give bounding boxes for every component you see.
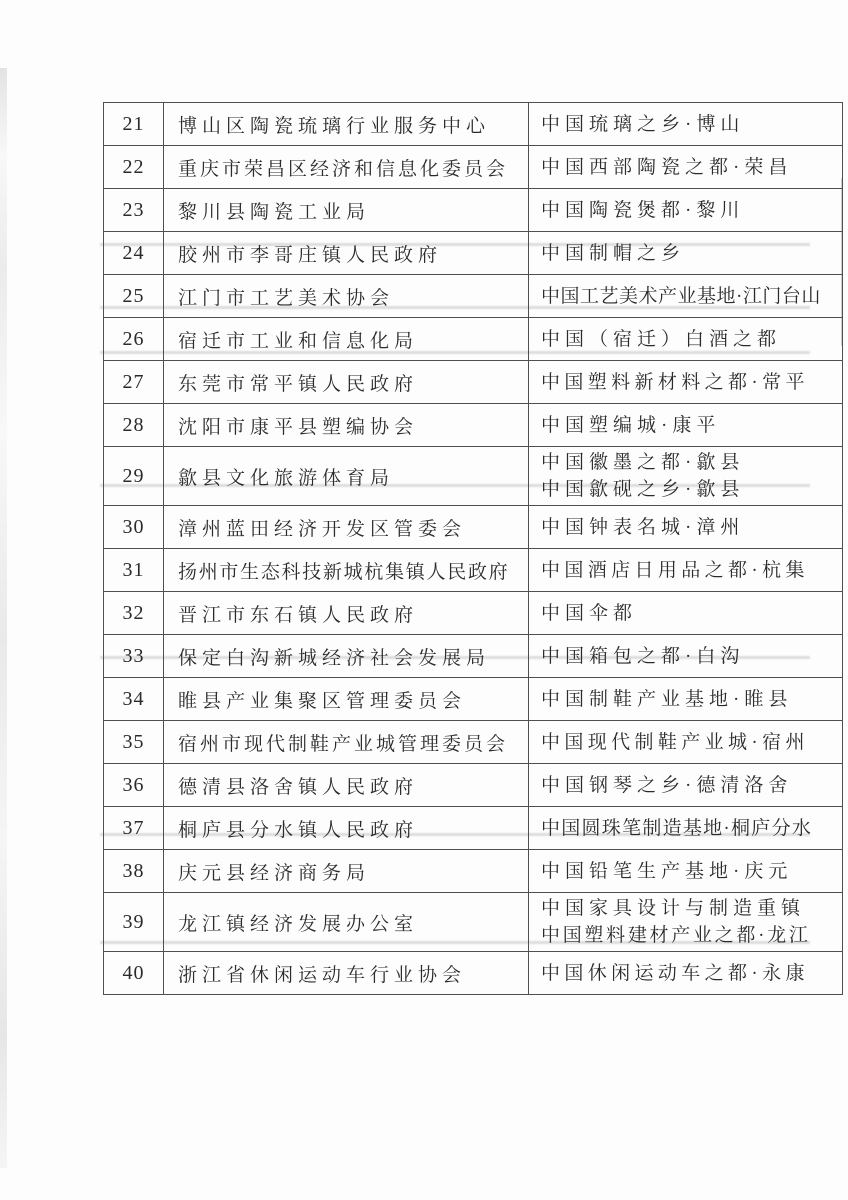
organization-name: 漳州蓝田经济开发区管委会 <box>164 506 529 549</box>
designation-cell: 中国陶瓷煲都·黎川 <box>529 189 843 232</box>
table-row: 25江门市工艺美术协会中国工艺美术产业基地·江门台山 <box>104 275 843 318</box>
row-number: 39 <box>104 893 164 952</box>
row-number: 36 <box>104 764 164 807</box>
designation-cell: 中国钢琴之乡·德清洛舍 <box>529 764 843 807</box>
table-row: 31扬州市生态科技新城杭集镇人民政府中国酒店日用品之都·杭集 <box>104 549 843 592</box>
row-number: 38 <box>104 850 164 893</box>
designation-cell: 中国徽墨之都·歙县中国歙砚之乡·歙县 <box>529 447 843 506</box>
organization-name: 江门市工艺美术协会 <box>164 275 529 318</box>
organization-name: 庆元县经济商务局 <box>164 850 529 893</box>
row-number: 25 <box>104 275 164 318</box>
table-row: 30漳州蓝田经济开发区管委会中国钟表名城·漳州 <box>104 506 843 549</box>
designation-cell: 中国塑编城·康平 <box>529 404 843 447</box>
designation-title: 中国制帽之乡 <box>541 240 840 267</box>
designation-cell: 中国制帽之乡 <box>529 232 843 275</box>
organization-name: 保定白沟新城经济社会发展局 <box>164 635 529 678</box>
organization-name: 桐庐县分水镇人民政府 <box>164 807 529 850</box>
organization-name: 宿迁市工业和信息化局 <box>164 318 529 361</box>
designation-cell: 中国钟表名城·漳州 <box>529 506 843 549</box>
designation-title: 中国酒店日用品之都·杭集 <box>541 557 840 584</box>
designation-cell: 中国制鞋产业基地·睢县 <box>529 678 843 721</box>
table-row: 22重庆市荣昌区经济和信息化委员会中国西部陶瓷之都·荣昌 <box>104 146 843 189</box>
organization-name: 黎川县陶瓷工业局 <box>164 189 529 232</box>
designation-cell: 中国休闲运动车之都·永康 <box>529 952 843 995</box>
designation-title: 中国制鞋产业基地·睢县 <box>541 686 840 713</box>
designation-title: 中国现代制鞋产业城·宿州 <box>541 729 840 756</box>
designation-title: 中国歙砚之乡·歙县 <box>541 476 840 503</box>
row-number: 23 <box>104 189 164 232</box>
row-number: 26 <box>104 318 164 361</box>
table-row: 34睢县产业集聚区管理委员会中国制鞋产业基地·睢县 <box>104 678 843 721</box>
designation-cell: 中国圆珠笔制造基地·桐庐分水 <box>529 807 843 850</box>
organization-name: 龙江镇经济发展办公室 <box>164 893 529 952</box>
document-page: 21博山区陶瓷琉璃行业服务中心中国琉璃之乡·博山22重庆市荣昌区经济和信息化委员… <box>0 0 848 1200</box>
table-row: 28沈阳市康平县塑编协会中国塑编城·康平 <box>104 404 843 447</box>
table-row: 39龙江镇经济发展办公室中国家具设计与制造重镇中国塑料建材产业之都·龙江 <box>104 893 843 952</box>
designation-title: 中国塑料新材料之都·常平 <box>541 369 840 396</box>
designation-cell: 中国家具设计与制造重镇中国塑料建材产业之都·龙江 <box>529 893 843 952</box>
organization-name: 睢县产业集聚区管理委员会 <box>164 678 529 721</box>
designation-cell: 中国铅笔生产基地·庆元 <box>529 850 843 893</box>
row-number: 21 <box>104 103 164 146</box>
organization-name: 扬州市生态科技新城杭集镇人民政府 <box>164 549 529 592</box>
organization-name: 晋江市东石镇人民政府 <box>164 592 529 635</box>
row-number: 33 <box>104 635 164 678</box>
row-number: 37 <box>104 807 164 850</box>
designation-title: 中国（宿迁）白酒之都 <box>541 326 840 353</box>
designation-cell: 中国（宿迁）白酒之都 <box>529 318 843 361</box>
designation-title: 中国伞都 <box>541 600 840 627</box>
row-number: 40 <box>104 952 164 995</box>
row-number: 31 <box>104 549 164 592</box>
table-row: 27东莞市常平镇人民政府中国塑料新材料之都·常平 <box>104 361 843 404</box>
designation-title: 中国圆珠笔制造基地·桐庐分水 <box>541 815 840 842</box>
organization-name: 重庆市荣昌区经济和信息化委员会 <box>164 146 529 189</box>
table-row: 38庆元县经济商务局中国铅笔生产基地·庆元 <box>104 850 843 893</box>
scan-artifact-left-edge <box>0 68 7 1168</box>
table-row: 33保定白沟新城经济社会发展局中国箱包之都·白沟 <box>104 635 843 678</box>
designation-title: 中国塑编城·康平 <box>541 412 840 439</box>
table-row: 21博山区陶瓷琉璃行业服务中心中国琉璃之乡·博山 <box>104 103 843 146</box>
table-row: 40浙江省休闲运动车行业协会中国休闲运动车之都·永康 <box>104 952 843 995</box>
row-number: 32 <box>104 592 164 635</box>
designation-cell: 中国琉璃之乡·博山 <box>529 103 843 146</box>
designation-title: 中国徽墨之都·歙县 <box>541 449 840 476</box>
designation-title: 中国工艺美术产业基地·江门台山 <box>541 283 840 310</box>
row-number: 22 <box>104 146 164 189</box>
organization-name: 胶州市李哥庄镇人民政府 <box>164 232 529 275</box>
row-number: 27 <box>104 361 164 404</box>
organization-name: 沈阳市康平县塑编协会 <box>164 404 529 447</box>
table-row: 37桐庐县分水镇人民政府中国圆珠笔制造基地·桐庐分水 <box>104 807 843 850</box>
table-body: 21博山区陶瓷琉璃行业服务中心中国琉璃之乡·博山22重庆市荣昌区经济和信息化委员… <box>104 103 843 995</box>
table-row: 24胶州市李哥庄镇人民政府中国制帽之乡 <box>104 232 843 275</box>
organization-name: 博山区陶瓷琉璃行业服务中心 <box>164 103 529 146</box>
designation-cell: 中国现代制鞋产业城·宿州 <box>529 721 843 764</box>
row-number: 24 <box>104 232 164 275</box>
designation-title: 中国西部陶瓷之都·荣昌 <box>541 154 840 181</box>
designation-title: 中国休闲运动车之都·永康 <box>541 960 840 987</box>
table-row: 26宿迁市工业和信息化局中国（宿迁）白酒之都 <box>104 318 843 361</box>
designation-title: 中国陶瓷煲都·黎川 <box>541 197 840 224</box>
designation-title: 中国塑料建材产业之都·龙江 <box>541 922 840 949</box>
designation-title: 中国琉璃之乡·博山 <box>541 111 840 138</box>
organization-name: 歙县文化旅游体育局 <box>164 447 529 506</box>
organization-name: 浙江省休闲运动车行业协会 <box>164 952 529 995</box>
organization-name: 宿州市现代制鞋产业城管理委员会 <box>164 721 529 764</box>
designation-cell: 中国西部陶瓷之都·荣昌 <box>529 146 843 189</box>
organization-name: 东莞市常平镇人民政府 <box>164 361 529 404</box>
designation-title: 中国钢琴之乡·德清洛舍 <box>541 772 840 799</box>
designation-cell: 中国塑料新材料之都·常平 <box>529 361 843 404</box>
designation-title: 中国钟表名城·漳州 <box>541 514 840 541</box>
row-number: 30 <box>104 506 164 549</box>
designation-title: 中国箱包之都·白沟 <box>541 643 840 670</box>
row-number: 34 <box>104 678 164 721</box>
row-number: 28 <box>104 404 164 447</box>
designation-table: 21博山区陶瓷琉璃行业服务中心中国琉璃之乡·博山22重庆市荣昌区经济和信息化委员… <box>103 102 843 995</box>
row-number: 29 <box>104 447 164 506</box>
designation-cell: 中国工艺美术产业基地·江门台山 <box>529 275 843 318</box>
organization-name: 德清县洛舍镇人民政府 <box>164 764 529 807</box>
table-row: 29歙县文化旅游体育局中国徽墨之都·歙县中国歙砚之乡·歙县 <box>104 447 843 506</box>
table-row: 32晋江市东石镇人民政府中国伞都 <box>104 592 843 635</box>
table-row: 36德清县洛舍镇人民政府中国钢琴之乡·德清洛舍 <box>104 764 843 807</box>
designation-cell: 中国箱包之都·白沟 <box>529 635 843 678</box>
row-number: 35 <box>104 721 164 764</box>
table-row: 23黎川县陶瓷工业局中国陶瓷煲都·黎川 <box>104 189 843 232</box>
designation-cell: 中国伞都 <box>529 592 843 635</box>
designation-title: 中国铅笔生产基地·庆元 <box>541 858 840 885</box>
designation-cell: 中国酒店日用品之都·杭集 <box>529 549 843 592</box>
designation-title: 中国家具设计与制造重镇 <box>541 895 840 922</box>
table-row: 35宿州市现代制鞋产业城管理委员会中国现代制鞋产业城·宿州 <box>104 721 843 764</box>
